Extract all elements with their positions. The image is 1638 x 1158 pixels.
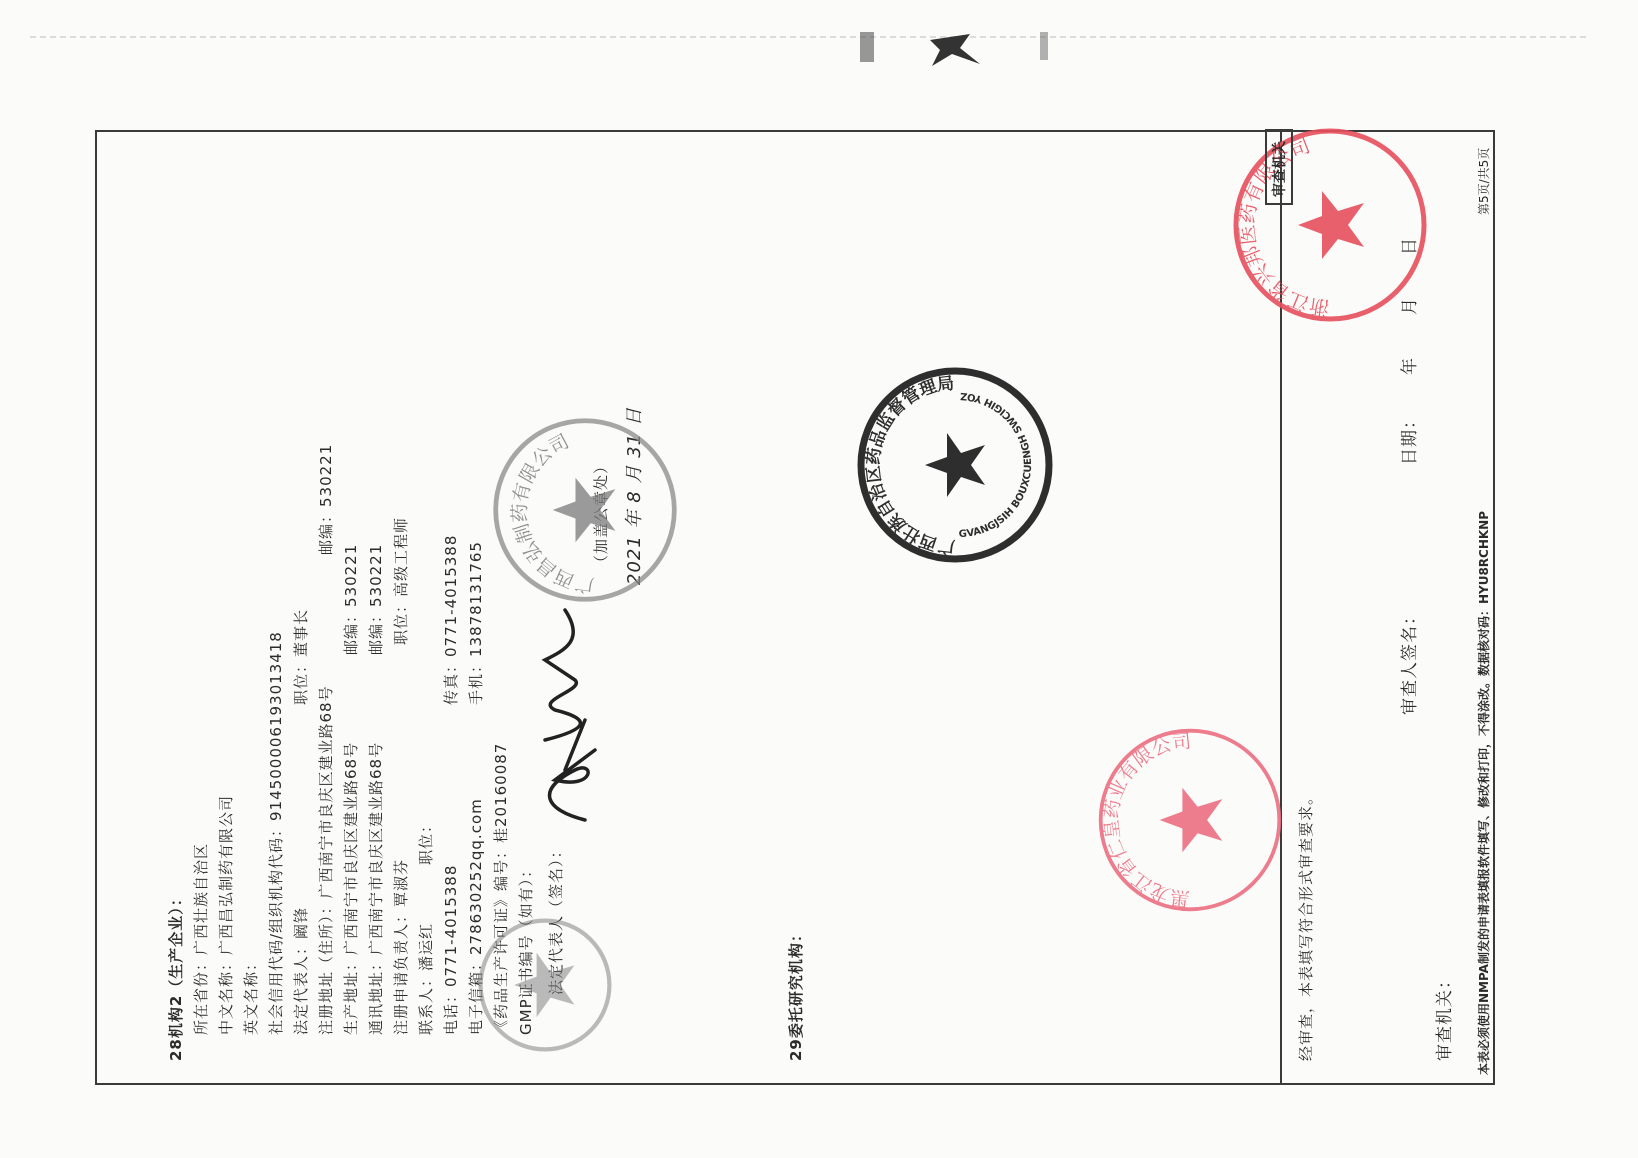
authority-seal: 广西壮族自治区药品监督管理局 GVANGJSIH BOUXCUENGH SWCI… (855, 365, 1055, 565)
legal-rep-title: 职位：董事长 (290, 609, 311, 705)
handwritten-signature (525, 600, 605, 830)
prod-postcode: 邮编：530221 (340, 544, 361, 655)
review-year-unit: 年 (1395, 357, 1420, 375)
mail-postcode: 邮编：530221 (365, 544, 386, 655)
review-day-unit: 日 (1395, 237, 1420, 255)
phone-field: 电话：0771-4015388 (440, 865, 461, 1035)
scan-edge-artifact (30, 36, 1590, 38)
reg-manager-field: 注册申请负责人：覃淑芬 (390, 859, 411, 1035)
review-agency-box-label: 审查机关 (1265, 129, 1293, 205)
section-28-title: 28机构2（生产企业）： (165, 890, 186, 1061)
review-statement: 经审查，本表填写符合形式审查要求。 (1295, 789, 1316, 1061)
red-seal-heilongjiang: 黑龙江省仁皇药业有限公司 (1095, 725, 1285, 915)
footer-note: 本表必须使用NMPA制发的申请表填报软件填写、修改和打印，不得涂改。数据核对码：… (1475, 511, 1492, 1075)
credit-code-field: 社会信用代码/组织机构代码：91450000619301341​8 (265, 631, 286, 1035)
mobile-field: 手机：13878131765 (465, 541, 486, 705)
review-date-label: 日期： (1395, 411, 1420, 465)
chinese-name-field: 中文名称：广西昌弘制药有限公司 (215, 795, 236, 1035)
section-29-title: 29委托研究机构： (785, 926, 806, 1061)
reg-postcode: 邮编：530221 (315, 444, 336, 555)
review-month-unit: 月 (1395, 297, 1420, 315)
rotated-application-page: 28机构2（生产企业）： 所在省份：广西壮族自治区 中文名称：广西昌弘制药有限公… (95, 125, 1495, 1085)
company-seal: 广西昌弘制药有限公司 (490, 415, 680, 605)
company-seal-faded (475, 915, 615, 1055)
english-name-field: 英文名称： (240, 955, 261, 1035)
province-field: 所在省份：广西壮族自治区 (190, 843, 211, 1035)
reg-address-field: 注册地址（住所）：广西南宁市良庆区建业路68号 (315, 685, 336, 1035)
reviewer-signature-label: 审查人签名： (1395, 607, 1420, 715)
red-seal-zhejiang: 浙江省兴邦医药有限公司 (1230, 125, 1430, 325)
legal-rep-field: 法定代表人：阚锋 (290, 907, 311, 1035)
fax-field: 传真：0771-4015388 (440, 535, 461, 705)
prod-address-field: 生产地址：广西南宁市良庆区建业路68号 (340, 742, 361, 1035)
reg-manager-title: 职位：高级工程师 (390, 517, 411, 645)
scan-mark-artifact (860, 28, 1080, 68)
mail-address-field: 通讯地址：广西南宁市良庆区建业路68号 (365, 742, 386, 1035)
contact-title: 职位： (415, 817, 436, 865)
contact-field: 联系人：潘运红 (415, 923, 436, 1035)
page-number: 第5页/共5页 (1475, 148, 1492, 215)
review-agency-label: 审查机关： (1430, 971, 1455, 1061)
